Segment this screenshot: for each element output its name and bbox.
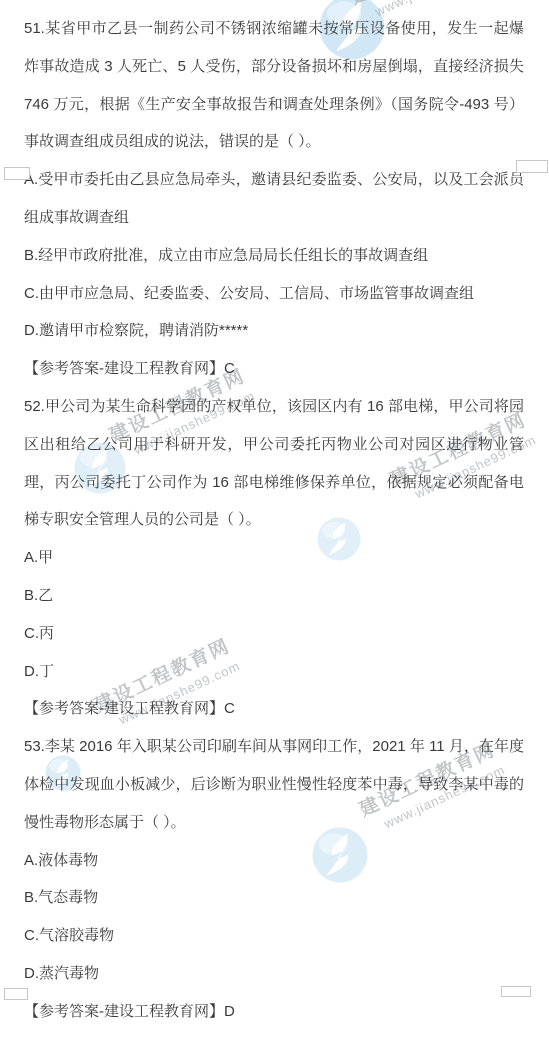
question-51-stem: 51.某省甲市乙县一制药公司不锈钢浓缩罐未按常压设备使用，发生一起爆炸事故造成 … <box>24 10 524 161</box>
question-53-option-b: B.气态毒物 <box>24 879 524 917</box>
question-51-option-b: B.经甲市政府批准，成立由市应急局局长任组长的事故调查组 <box>24 237 524 275</box>
question-52-stem: 52.甲公司为某生命科学园的产权单位，该园区内有 16 部电梯，甲公司将园区出租… <box>24 388 524 539</box>
question-52-option-b: B.乙 <box>24 577 524 615</box>
question-53-option-a: A.液体毒物 <box>24 842 524 880</box>
question-51-answer-line: 【参考答案-建设工程教育网】C <box>24 350 524 388</box>
question-53-stem: 53.李某 2016 年入职某公司印刷车间从事网印工作，2021 年 11 月，… <box>24 728 524 841</box>
question-52-option-c: C.丙 <box>24 615 524 653</box>
document-page: 建设工程教育网 www.jianshe99.com 建设工程教育网 www.ji… <box>0 0 549 1042</box>
page-margin-marker <box>501 986 531 997</box>
question-52-option-d: D.丁 <box>24 653 524 691</box>
question-53-option-c: C.气溶胶毒物 <box>24 917 524 955</box>
question-53-answer-line: 【参考答案-建设工程教育网】D <box>24 993 524 1031</box>
question-51-option-d: D.邀请甲市检察院，聘请消防***** <box>24 312 524 350</box>
question-51-option-a: A.受甲市委托由乙县应急局牵头，邀请县纪委监委、公安局，以及工会派员组成事故调查… <box>24 161 524 237</box>
question-51-option-c: C.由甲市应急局、纪委监委、公安局、工信局、市场监管事故调查组 <box>24 275 524 313</box>
question-52-answer-line: 【参考答案-建设工程教育网】C <box>24 690 524 728</box>
question-52-option-a: A.甲 <box>24 539 524 577</box>
page-margin-marker <box>4 988 28 1000</box>
page-margin-marker <box>4 167 30 180</box>
question-53-option-d: D.蒸汽毒物 <box>24 955 524 993</box>
watermark-brand-text: 建设工程教育网 <box>345 0 490 10</box>
page-margin-marker <box>516 160 548 173</box>
question-list: 51.某省甲市乙县一制药公司不锈钢浓缩罐未按常压设备使用，发生一起爆炸事故造成 … <box>24 10 524 1031</box>
